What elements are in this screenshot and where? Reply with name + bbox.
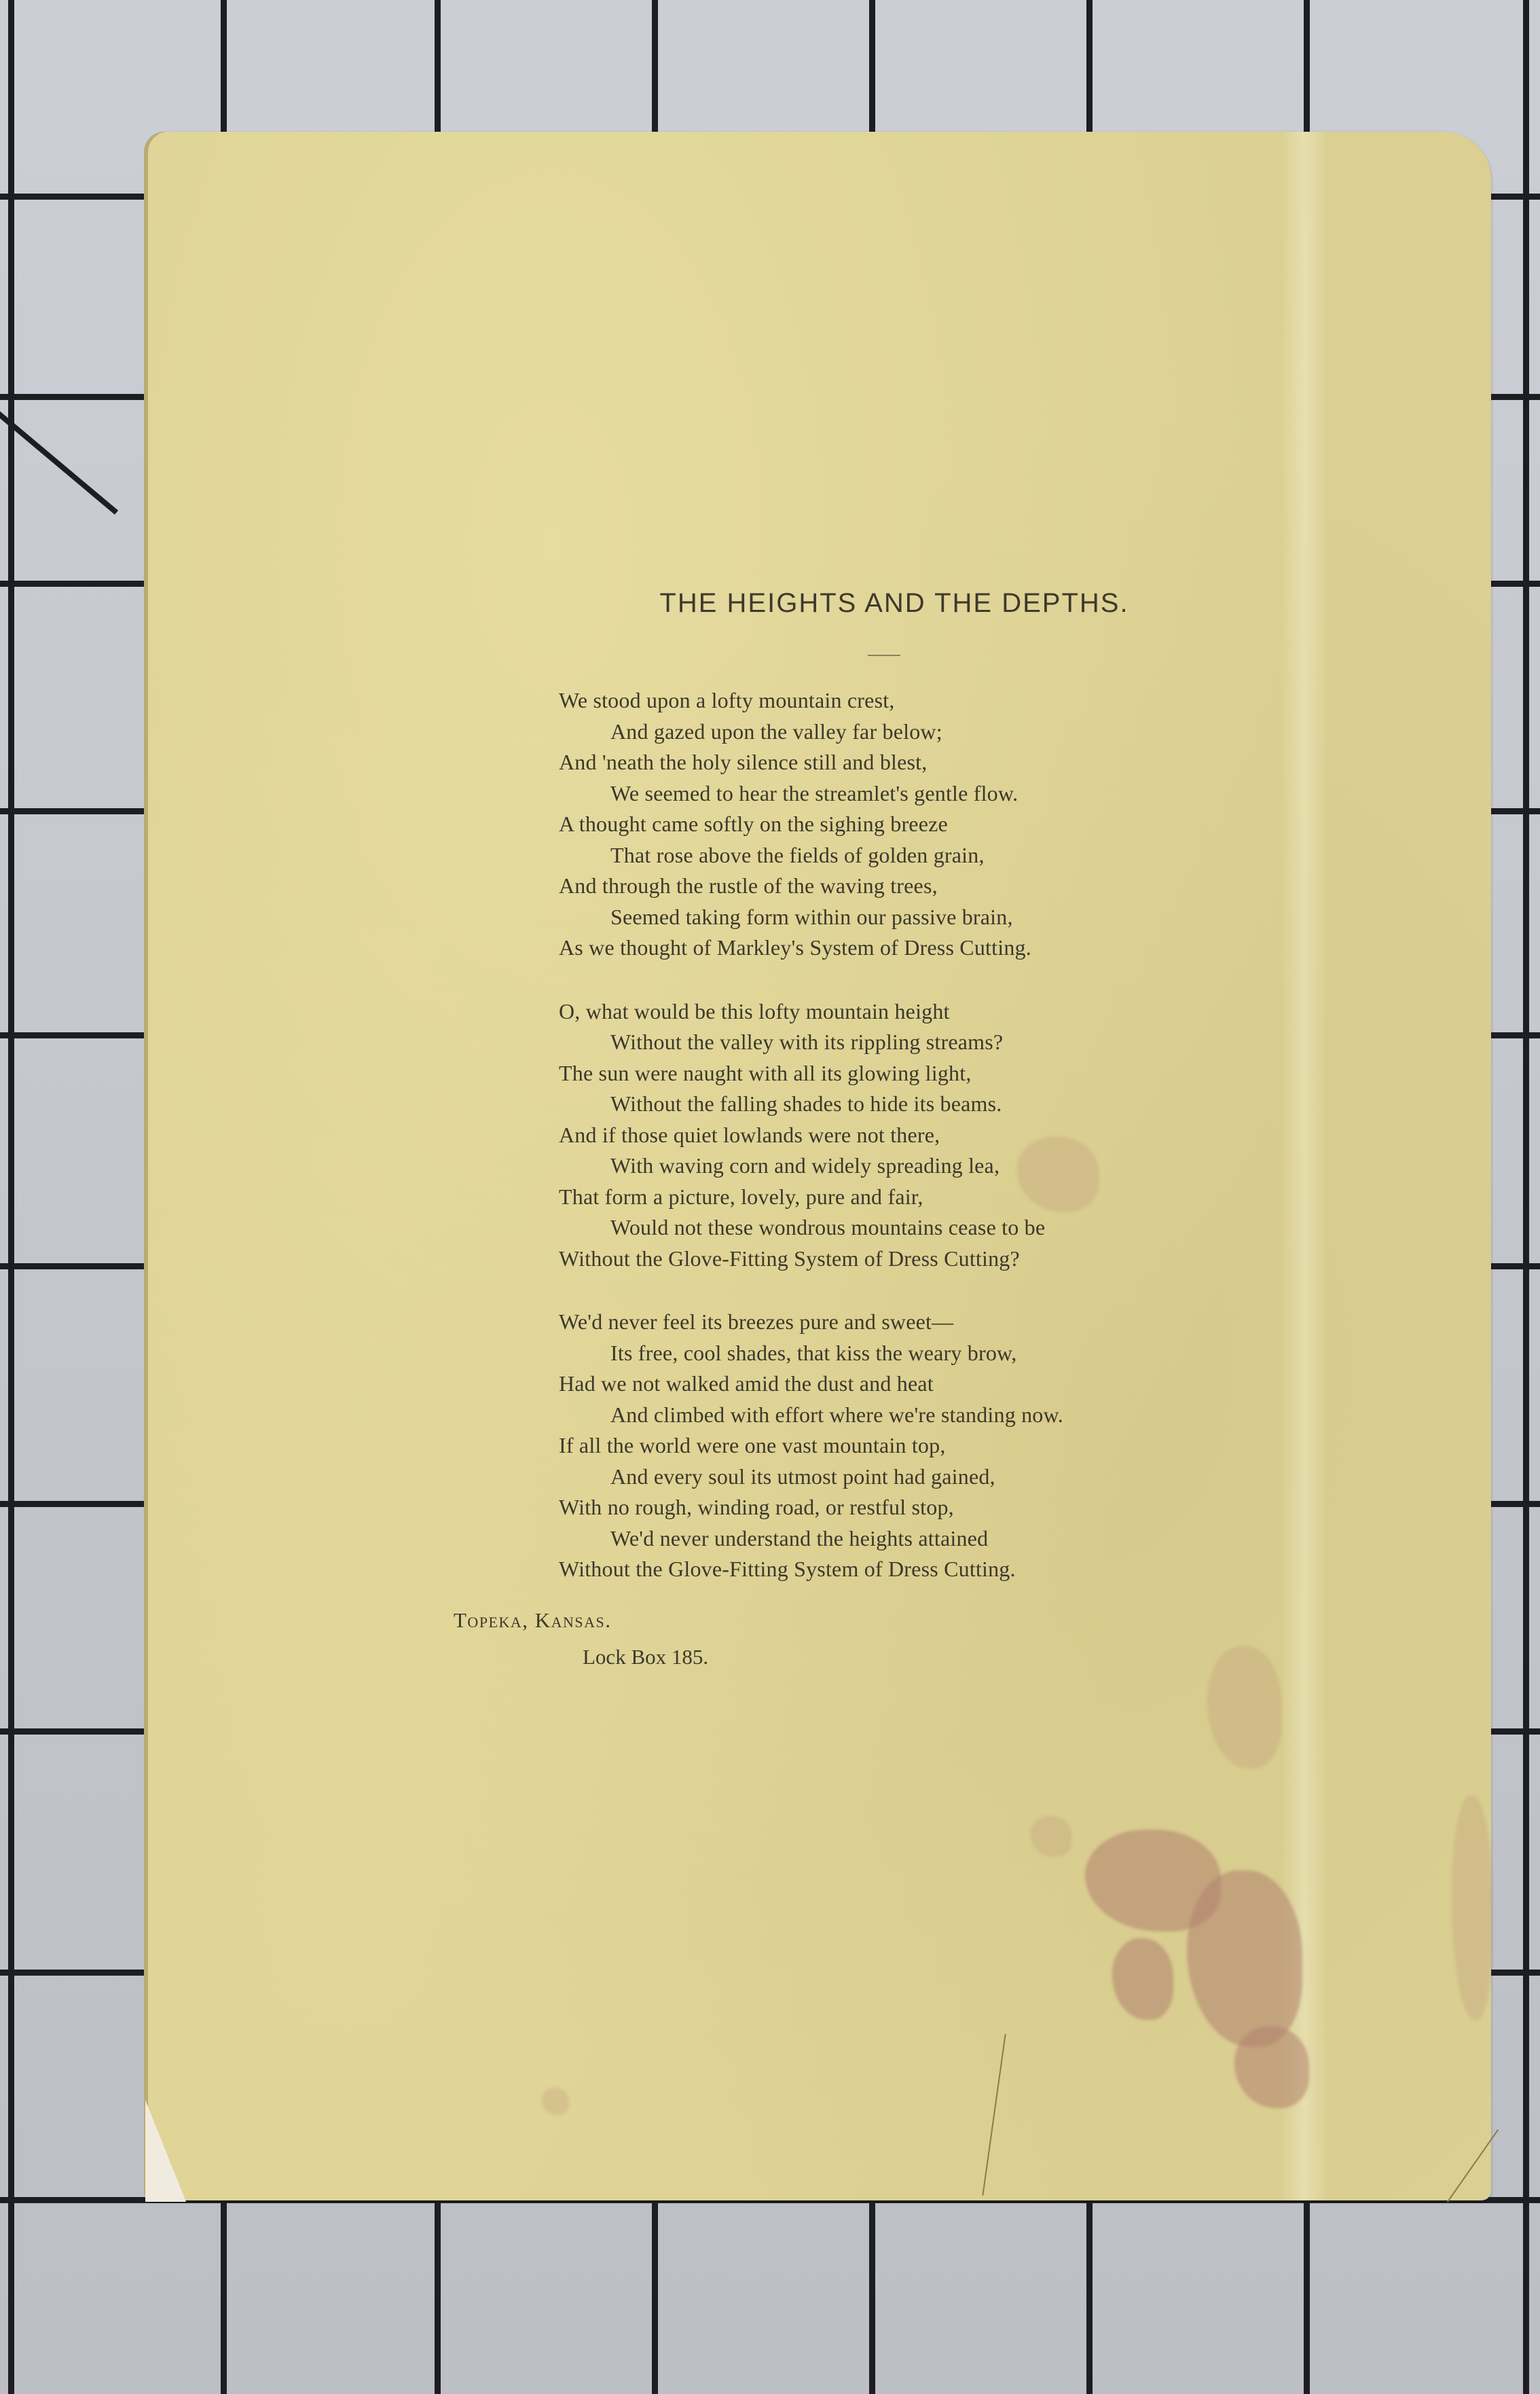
lock-box-text: Lock Box 185.	[454, 1639, 708, 1675]
poem-line: Seemed taking form within our passive br…	[559, 902, 1374, 933]
water-stain	[1187, 1870, 1302, 2047]
water-stain	[1234, 2027, 1309, 2108]
poem-line: With no rough, winding road, or restful …	[559, 1492, 1374, 1523]
poem-line: That form a picture, lovely, pure and fa…	[559, 1182, 1374, 1213]
poem-line: We stood upon a lofty mountain crest,	[559, 685, 1374, 717]
title-divider	[868, 655, 900, 656]
poem-line: We seemed to hear the streamlet's gentle…	[559, 778, 1374, 810]
poem-line: And 'neath the holy silence still and bl…	[559, 747, 1374, 778]
poem-line: And gazed upon the valley far below;	[559, 717, 1374, 748]
poem-line: Had we not walked amid the dust and heat	[559, 1368, 1374, 1400]
paper-tear	[982, 2034, 1006, 2196]
poem-line: Would not these wondrous mountains cease…	[559, 1212, 1374, 1244]
water-stain	[542, 2088, 569, 2115]
poem-line: We'd never understand the heights attain…	[559, 1523, 1374, 1555]
poem-title: THE HEIGHTS AND THE DEPTHS.	[148, 588, 1491, 619]
poem-line: And through the rustle of the waving tre…	[559, 871, 1374, 902]
stanza: O, what would be this lofty mountain hei…	[559, 996, 1374, 1275]
diagonal-guide-line	[0, 401, 118, 515]
poem-line: And every soul its utmost point had gain…	[559, 1462, 1374, 1493]
poem-line: Without the Glove-Fitting System of Dres…	[559, 1244, 1374, 1275]
stanza: We'd never feel its breezes pure and swe…	[559, 1307, 1374, 1585]
water-stain	[1112, 1938, 1173, 2020]
poem-line: Without the valley with its rippling str…	[559, 1027, 1374, 1058]
stanza: We stood upon a lofty mountain crest,And…	[559, 685, 1374, 964]
water-stain	[1031, 1816, 1071, 1857]
poem-line: That rose above the fields of golden gra…	[559, 840, 1374, 871]
poem-line: The sun were naught with all its glowing…	[559, 1058, 1374, 1089]
poem-body: We stood upon a lofty mountain crest,And…	[559, 685, 1374, 1618]
poem-line: We'd never feel its breezes pure and swe…	[559, 1307, 1374, 1338]
poem-line: As we thought of Markley's System of Dre…	[559, 932, 1374, 964]
poem-line: O, what would be this lofty mountain hei…	[559, 996, 1374, 1028]
paper-tear	[1447, 2129, 1499, 2202]
booklet-back-cover: THE HEIGHTS AND THE DEPTHS. We stood upo…	[148, 132, 1491, 2200]
poem-line: And if those quiet lowlands were not the…	[559, 1120, 1374, 1151]
poem-line: Without the Glove-Fitting System of Dres…	[559, 1554, 1374, 1585]
water-stain	[1207, 1646, 1282, 1769]
water-stain	[1452, 1796, 1492, 2020]
poem-line: With waving corn and widely spreading le…	[559, 1150, 1374, 1182]
grid-line	[1523, 0, 1529, 2394]
poem-line: Without the falling shades to hide its b…	[559, 1089, 1374, 1120]
poem-line: If all the world were one vast mountain …	[559, 1430, 1374, 1462]
poem-line: And climbed with effort where we're stan…	[559, 1400, 1374, 1431]
grid-line	[8, 0, 14, 2394]
poem-line: A thought came softly on the sighing bre…	[559, 809, 1374, 840]
location-text: Topeka, Kansas.	[454, 1608, 612, 1632]
poem-line: Its free, cool shades, that kiss the wea…	[559, 1338, 1374, 1369]
publisher-address: Topeka, Kansas. Lock Box 185.	[454, 1602, 708, 1675]
folded-corner	[145, 2100, 186, 2202]
